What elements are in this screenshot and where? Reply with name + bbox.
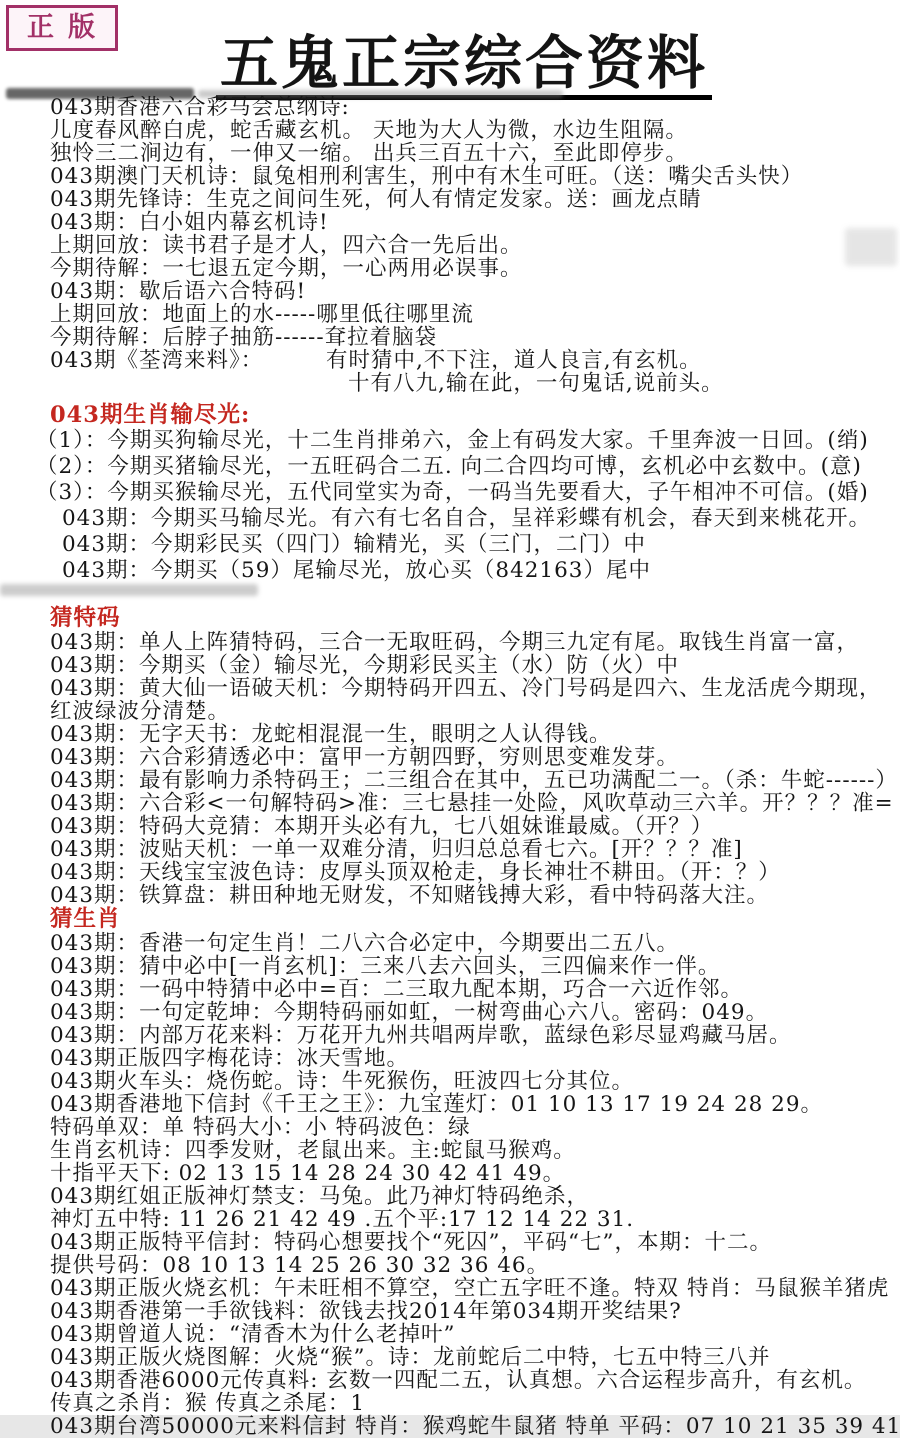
text-line: 043期：六合彩<一句解特码>准：三七悬挂一处险，风吹草动三六羊。开？？？准= xyxy=(0,792,900,815)
text-line: 提供号码：08 10 13 14 25 26 30 32 36 46。 xyxy=(0,1254,900,1277)
text-line: 043期：天线宝宝波色诗：皮厚头顶双枪走，身长神壮不耕田。（开：？） xyxy=(0,861,900,884)
text-line: 独怜三二涧边有，一伸又一缩。 出兵三百五十六，至此即停步。 xyxy=(0,142,900,165)
text-line: 043期香港第一手欲钱料：欲钱去找2014年第034期开奖结果? xyxy=(0,1300,900,1323)
text-line: 043期：白小姐内幕玄机诗! xyxy=(0,211,900,234)
text-line: 红波绿波分清楚。 xyxy=(0,700,900,723)
text-line: 043期：内部万花来料：万花开九州共唱两岸歌，蓝绿色彩尽显鸡藏马居。 xyxy=(0,1024,900,1047)
text-line: 十指平天下: 02 13 15 14 28 24 30 42 41 49。 xyxy=(0,1162,900,1185)
text-line: 043期澳门天机诗：鼠兔相刑利害生，刑中有木生可旺。（送：嘴尖舌头快） xyxy=(0,165,900,188)
text-line: 今期待解：后脖子抽筋------耷拉着脑袋 xyxy=(0,326,900,349)
text-line: 043期：特码大竞猜：本期开头必有九，七八姐妹谁最威。（开？） xyxy=(0,815,900,838)
lottery-info-sheet: 正版 五鬼正宗综合资料 043期香港六合彩马会总纲诗:儿度春风醉白虎，蛇舌藏玄机… xyxy=(0,0,900,1445)
text-line: 043期：今期买（59）尾输尽光，放心买（842163）尾中 xyxy=(0,558,900,584)
text-line: 043期红姐正版神灯禁支：马兔。此乃神灯特码绝杀， xyxy=(0,1185,900,1208)
text-line: 上期回放：读书君子是才人，四六合一先后出。 xyxy=(0,234,900,257)
text-line: 猜生肖 xyxy=(0,907,900,932)
text-line: 043期正版四字梅花诗：冰天雪地。 xyxy=(0,1047,900,1070)
authentic-edition-stamp: 正版 xyxy=(6,5,118,51)
text-line: 神灯五中特: 11 26 21 42 49 .五个平:17 12 14 22 3… xyxy=(0,1208,900,1231)
text-line: 043期：歇后语六合特码! xyxy=(0,280,900,303)
text-line: 043期：波贴天机：一单一双难分清，归归总总看七六。[开？？？准] xyxy=(0,838,900,861)
text-line: 043期：最有影响力杀特码王；二三组合在其中，五已功满配二一。（杀：牛蛇----… xyxy=(0,769,900,792)
text-line: 043期正版火烧图解：火烧“猴”。诗：龙前蛇后二中特，七五中特三八并 xyxy=(0,1346,900,1369)
text-line: 生肖玄机诗：四季发财，老鼠出来。主:蛇鼠马猴鸡。 xyxy=(0,1139,900,1162)
content-lines: 043期香港六合彩马会总纲诗:儿度春风醉白虎，蛇舌藏玄机。 天地为大人为微，水边… xyxy=(0,96,900,1438)
text-line: 043期香港六合彩马会总纲诗: xyxy=(0,96,900,119)
page-title: 五鬼正宗综合资料 xyxy=(0,0,900,100)
text-line: 043期：六合彩猜透必中：富甲一方朝四野，穷则思变难发芽。 xyxy=(0,746,900,769)
text-line: 043期：今期买马输尽光。有六有七名自合，呈祥彩蝶有机会，春天到来桃花开。 xyxy=(0,506,900,532)
text-line: 043期：今期买（金）输尽光，今期彩民买主（水）防（火）中 xyxy=(0,654,900,677)
text-line: 043期：单人上阵猜特码，三合一无取旺码，今期三九定有尾。取钱生肖富一富， xyxy=(0,631,900,654)
text-line: 043期先锋诗：生克之间问生死，何人有情定发家。送：画龙点睛 xyxy=(0,188,900,211)
text-line: 043期火车头：烧伤蛇。诗：牛死猴伤，旺波四七分其位。 xyxy=(0,1070,900,1093)
text-line: 043期曾道人说：“清香木为什么老掉叶” xyxy=(0,1323,900,1346)
text-line: 043期正版火烧玄机：午未旺相不算空，空亡五字旺不逢。特双 特肖：马鼠猴羊猪虎 xyxy=(0,1277,900,1300)
text-line: 043期《荃湾来料》： 有时猜中,不下注，道人良言,有玄机。 xyxy=(0,349,900,372)
text-line: 今期待解：一七退五定今期，一心两用必误事。 xyxy=(0,257,900,280)
text-line: 043期：铁算盘：耕田种地无财发，不知赌钱搏大彩，看中特码落大注。 xyxy=(0,884,900,907)
text-line: 儿度春风醉白虎，蛇舌藏玄机。 天地为大人为微，水边生阻隔。 xyxy=(0,119,900,142)
text-line: 043期：一码中特猜中必中=百：二三取九配本期，巧合一六近作邻。 xyxy=(0,978,900,1001)
text-line: 猜特码 xyxy=(0,606,900,631)
text-line: 传真之杀肖：猴 传真之杀尾：1 xyxy=(0,1392,900,1415)
text-line: 043期生肖输尽光: xyxy=(0,403,900,428)
text-line: 043期香港地下信封《千王之王》：九宝莲灯：01 10 13 17 19 24 … xyxy=(0,1093,900,1116)
text-line: 043期香港6000元传真料: 玄数一四配二五，认真想。六合运程步高升，有玄机。 xyxy=(0,1369,900,1392)
text-line: 043期：今期彩民买（四门）输精光，买（三门，二门）中 xyxy=(0,532,900,558)
text-line: 特码单双：单 特码大小：小 特码波色：绿 xyxy=(0,1116,900,1139)
text-line: 043期正版特平信封：特码心想要找个“死囚”，平码“七”，本期：十二。 xyxy=(0,1231,900,1254)
text-line: 043期：香港一句定生肖！二八六合必定中，今期要出二五八。 xyxy=(0,932,900,955)
text-line: （2）：今期买猪输尽光，一五旺码合二五. 向二合四均可博，玄机必中玄数中。(意) xyxy=(0,454,900,480)
text-line: 043期台湾50000元来料信封 特肖：猴鸡蛇牛鼠猪 特单 平码：07 10 2… xyxy=(0,1415,900,1438)
text-line: 十有八九,输在此，一句鬼话,说前头。 xyxy=(0,372,900,395)
text-line: 上期回放：地面上的水-----哪里低往哪里流 xyxy=(0,303,900,326)
text-line: 043期：无字天书：龙蛇相混混一生，眼明之人认得钱。 xyxy=(0,723,900,746)
text-line: 043期：一句定乾坤：今期特码丽如虹，一树弯曲心六八。密码：049。 xyxy=(0,1001,900,1024)
text-line: （1）：今期买狗输尽光，十二生肖排弟六，金上有码发大家。千里奔波一日回。(绡) xyxy=(0,428,900,454)
text-line: 043期：猜中必中[一肖玄机]：三来八去六回头，三四偏来作一伴。 xyxy=(0,955,900,978)
text-line: （3）：今期买猴输尽光，五代同堂实为奇，一码当先要看大，子午相冲不可信。(婚) xyxy=(0,480,900,506)
text-line: 043期：黄大仙一语破天机：今期特码开四五、冷门号码是四六、生龙活虎今期现， xyxy=(0,677,900,700)
